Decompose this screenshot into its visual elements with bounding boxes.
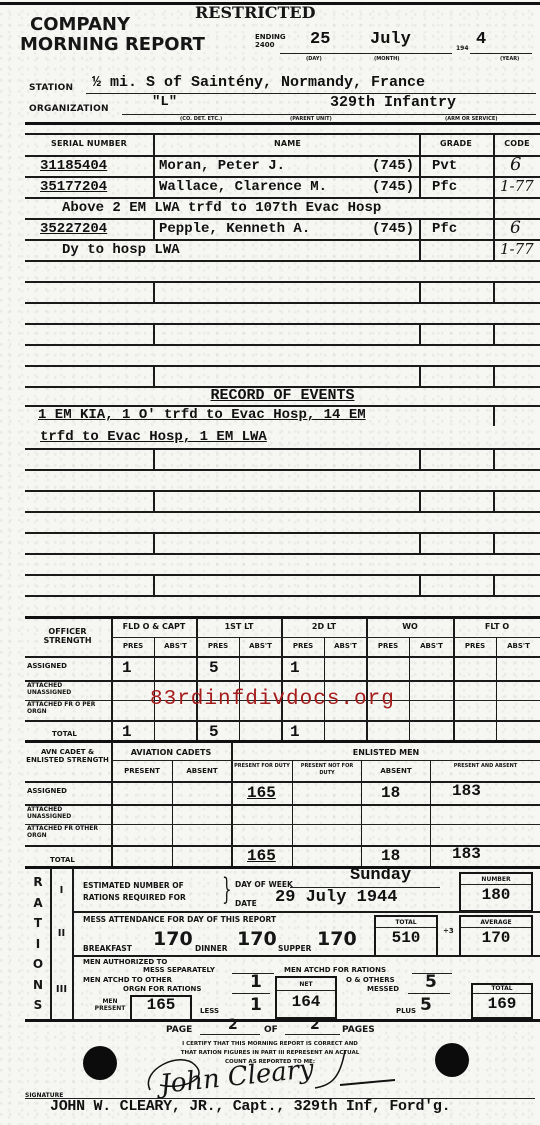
officer-strength-label: OFFICER STRENGTH [25, 627, 110, 645]
subcol-present-and-absent: PRESENT AND ABSENT [431, 763, 540, 770]
col-divider [419, 490, 421, 511]
section-roman-ii: II [51, 928, 72, 939]
row-line [25, 260, 540, 262]
row-line [277, 990, 335, 991]
row-line [461, 884, 531, 885]
men-present-label: MEN PRESENT [90, 998, 130, 1012]
col-divider [419, 281, 421, 302]
row-line [473, 993, 531, 994]
punch-hole-icon [83, 1046, 117, 1080]
table-top-line [25, 133, 540, 135]
subcol-abst: ABS'T [325, 642, 366, 650]
row-line [25, 176, 540, 178]
row-line [25, 197, 540, 199]
report-year: 4 [476, 30, 486, 49]
row-line [25, 532, 540, 534]
station-label: STATION [29, 83, 73, 93]
section-divider [25, 1019, 540, 1022]
remark-line: Dy to hosp LWA [62, 242, 180, 258]
present-for-duty-total: 165 [247, 847, 276, 865]
punch-hole-icon [435, 1043, 469, 1077]
row-line [72, 911, 540, 913]
station-value: ½ mi. S of Saintény, Normandy, France [92, 74, 425, 91]
row-line [25, 323, 540, 325]
col-divider [153, 323, 155, 344]
less-label: LESS [200, 1007, 219, 1015]
status-code: 1-77 [500, 240, 534, 258]
less-value: 1 [250, 995, 262, 1015]
rations-side-label: RATIONS [28, 872, 48, 1016]
present-and-absent-total: 183 [452, 845, 481, 863]
morning-report-page: RESTRICTED COMPANY MORNING REPORT ENDING… [0, 0, 540, 1125]
row-line [25, 218, 540, 220]
classification-label: RESTRICTED [195, 3, 315, 22]
men-atchd-other-label-2: ORGN FOR RATIONS [123, 985, 201, 993]
field-underline [408, 993, 450, 994]
subcol-pres: PRES [197, 642, 239, 650]
col-divider [153, 365, 155, 386]
remark-line: Above 2 EM LWA trfd to 107th Evac Hosp [62, 200, 381, 216]
absent-assigned: 18 [381, 784, 400, 802]
grade: Pvt [432, 158, 457, 174]
col-divider [361, 760, 362, 866]
col-divider [419, 574, 421, 595]
row-label-total: TOTAL [52, 730, 77, 738]
col-header-name: NAME [155, 139, 420, 148]
breakfast-value: 170 [153, 928, 193, 950]
total-pages: 2 [310, 1017, 320, 1033]
subcol-abst: ABS'T [497, 642, 540, 650]
row-line [25, 511, 540, 513]
row-line [25, 656, 540, 658]
row-line [111, 637, 540, 638]
net-label: NET [277, 981, 335, 988]
field-underline [232, 993, 270, 994]
year-underline [470, 53, 532, 54]
organization-parent: 329th Infantry [330, 94, 456, 111]
col-divider [153, 281, 155, 302]
col-divider [409, 637, 410, 740]
number-label: NUMBER [461, 876, 531, 883]
row-line [25, 239, 540, 241]
1st-lt-pres-assigned: 5 [209, 659, 219, 677]
supper-value: 170 [317, 928, 357, 950]
row-label-assigned: ASSIGNED [27, 662, 67, 670]
subcol-abst: ABS'T [240, 642, 281, 650]
status-code: 6 [510, 154, 521, 175]
total-label: TOTAL [376, 919, 436, 926]
col-divider [153, 574, 155, 595]
dinner-value: 170 [237, 928, 277, 950]
row-line [25, 281, 540, 283]
row-label-attached-unassigned: ATTACHED UNASSIGNED [27, 682, 107, 696]
col-divider [493, 365, 495, 386]
group-wo: WO [367, 622, 453, 631]
row-line [72, 955, 540, 957]
subcol-abst: ABS'T [155, 642, 196, 650]
present-for-duty-assigned: 165 [247, 784, 276, 802]
col-divider [419, 323, 421, 344]
of-label: OF [264, 1025, 278, 1035]
grade: Pfc [432, 221, 457, 237]
o-others-label-2: MESSED [367, 985, 399, 993]
subcol-pres: PRES [367, 642, 409, 650]
men-atchd-other-label-1: MEN ATCHD TO OTHER [83, 976, 172, 984]
col-divider [430, 760, 431, 866]
section-divider [25, 122, 540, 125]
col-divider [153, 218, 155, 239]
col-header-grade: GRADE [420, 139, 492, 148]
subcol-present-not-for-duty: PRESENT NOT FOR DUTY [293, 763, 361, 777]
organization-label: ORGANIZATION [29, 104, 109, 114]
day-of-week-value: Sunday [350, 866, 411, 885]
men-present-value: 165 [132, 996, 190, 1014]
signature-flourish-icon [140, 1040, 400, 1095]
men-authorized-label-1: MEN AUTHORIZED TO [83, 958, 167, 966]
col-divider [153, 532, 155, 553]
organization-company: "L" [152, 94, 177, 110]
group-flt-o: FLT O [454, 622, 540, 631]
subcol-pres: PRES [454, 642, 496, 650]
serial-number: 35177204 [40, 179, 107, 195]
serial-number: 31185404 [40, 158, 107, 174]
col-divider [419, 218, 421, 260]
row-label-attached-unassigned: ATTACHED UNASSIGNED [27, 806, 107, 820]
breakfast-label: BREAKFAST [83, 944, 132, 953]
2d-lt-pres-total: 1 [290, 723, 300, 741]
row-line [461, 927, 531, 928]
subcol-present: PRESENT [112, 767, 172, 775]
group-2d-lt: 2D LT [282, 622, 366, 631]
grade: Pfc [432, 179, 457, 195]
row-label-attached-fr-o-per-orgn: ATTACHED FR O PER ORGN [27, 701, 107, 715]
section-roman-i: I [51, 885, 72, 896]
form-title-line1: COMPANY [30, 14, 130, 35]
event-line-1: 1 EM KIA, 1 O' trfd to Evac Hosp, 14 EM [38, 407, 366, 423]
supper-label: SUPPER [278, 944, 311, 953]
col-divider [496, 637, 497, 740]
col-divider [172, 760, 173, 866]
average-label: AVERAGE [461, 919, 531, 926]
col-divider [493, 405, 495, 426]
record-of-events-title: RECORD OF EVENTS [25, 387, 540, 404]
row-line [25, 155, 540, 157]
o-others-value: 5 [425, 972, 437, 992]
event-line-2: trfd to Evac Hosp, 1 EM LWA [40, 429, 267, 445]
number-value: 180 [461, 886, 531, 904]
col-divider [419, 532, 421, 553]
subcol-abst: ABS'T [410, 642, 453, 650]
col-divider [493, 281, 495, 302]
group-1st-lt: 1ST LT [197, 622, 281, 631]
month-caption: (MONTH) [374, 56, 400, 62]
section-divider [25, 866, 540, 869]
row-line [25, 574, 540, 576]
estimated-rations-label: ESTIMATED NUMBER OFRATIONS REQUIRED FOR [83, 880, 186, 904]
year-caption: (YEAR) [500, 56, 519, 62]
soldier-name: Moran, Peter J. [159, 158, 285, 174]
col-divider [493, 133, 495, 260]
rations-total-value: 169 [473, 995, 531, 1013]
absent-total: 18 [381, 847, 400, 865]
dinner-label: DINNER [195, 944, 227, 953]
brace-icon: } [222, 870, 232, 910]
mos-code: (745) [372, 158, 414, 174]
date-label: DATE [235, 899, 257, 908]
col-divider [153, 448, 155, 469]
row-line [25, 302, 540, 304]
subcol-absent-em: ABSENT [362, 767, 430, 775]
report-day: 25 [310, 30, 330, 49]
form-title-line2: MORNING REPORT [20, 34, 205, 55]
mos-code: (745) [372, 221, 414, 237]
signer-name: JOHN W. CLEARY, JR., Capt., 329th Inf, F… [50, 1098, 450, 1115]
day-caption: (DAY) [306, 56, 322, 62]
men-atchd-other-value: 1 [250, 972, 262, 992]
col-header-code: CODE [494, 139, 540, 148]
status-code: 6 [510, 218, 521, 238]
organization-underline [122, 114, 536, 115]
fld-o-capt-pres-total: 1 [122, 723, 132, 741]
divide-by-three-label: ÷3 [443, 927, 454, 935]
group-aviation-cadets: AVIATION CADETS [112, 748, 230, 757]
subcol-present-for-duty: PRESENT FOR DUTY [232, 763, 292, 770]
row-line [25, 720, 540, 722]
col-divider [493, 448, 495, 469]
status-code: 1-77 [500, 177, 534, 195]
average-value: 170 [461, 929, 531, 947]
men-atchd-for-rations-label: MEN ATCHD FOR RATIONS [284, 966, 386, 974]
col-divider [493, 532, 495, 553]
report-month: July [370, 30, 411, 49]
field-underline [285, 1034, 340, 1035]
enlisted-strength-label: AVN CADET & ENLISTED STRENGTH [25, 748, 110, 764]
page-number: 2 [228, 1017, 238, 1033]
mos-code: (745) [372, 179, 414, 195]
col-divider [493, 574, 495, 595]
soldier-name: Wallace, Clarence M. [159, 179, 327, 195]
row-line [25, 344, 540, 346]
year-prefix: 194 [456, 45, 469, 52]
soldier-name: Pepple, Kenneth A. [159, 221, 310, 237]
group-enlisted-men: ENLISTED MEN [232, 748, 540, 757]
1st-lt-pres-total: 5 [209, 723, 219, 741]
date-value: 29 July 1944 [275, 888, 397, 907]
col-divider [72, 868, 74, 1019]
subcol-pres: PRES [282, 642, 324, 650]
col-divider [153, 490, 155, 511]
row-line [25, 469, 540, 471]
pages-label: PAGES [342, 1025, 375, 1035]
row-line [25, 448, 540, 450]
present-and-absent-assigned: 183 [452, 782, 481, 800]
row-line [111, 760, 540, 761]
o-others-label-1: O & OTHERS [346, 976, 395, 984]
rations-total-label: TOTAL [473, 985, 531, 992]
col-divider [493, 490, 495, 511]
row-line [25, 595, 540, 597]
serial-number: 35227204 [40, 221, 107, 237]
row-label-assigned: ASSIGNED [27, 787, 67, 795]
row-label-attached-fr-other-orgn: ATTACHED FR OTHER ORGN [27, 825, 107, 839]
plus-value: 5 [420, 995, 432, 1015]
subcol-pres: PRES [112, 642, 154, 650]
plus-label: PLUS [396, 1007, 416, 1015]
subcol-absent: ABSENT [173, 767, 231, 775]
group-fld-o-capt: FLD O & CAPT [112, 622, 196, 631]
col-header-serial: SERIAL NUMBER [25, 139, 153, 148]
col-divider [493, 323, 495, 344]
ending-label: ENDING2400 [255, 33, 286, 49]
col-divider [153, 133, 155, 197]
total-value: 510 [376, 929, 436, 947]
row-line [25, 553, 540, 555]
row-line [25, 490, 540, 492]
row-line [376, 927, 436, 928]
2d-lt-pres-assigned: 1 [290, 659, 300, 677]
net-value: 164 [277, 993, 335, 1011]
section-divider [25, 740, 540, 743]
watermark: 83rdinfdivdocs.org [150, 688, 395, 711]
row-line [25, 365, 540, 367]
page-label: PAGE [166, 1025, 192, 1035]
men-authorized-label-2: MESS SEPARATELY [143, 966, 215, 974]
col-divider [419, 365, 421, 386]
date-underline [280, 53, 452, 54]
col-divider [419, 448, 421, 469]
col-divider [419, 133, 421, 197]
fld-o-capt-pres-assigned: 1 [122, 659, 132, 677]
field-underline [200, 1034, 260, 1035]
mess-attendance-label: MESS ATTENDANCE FOR DAY OF THIS REPORT [83, 915, 276, 924]
row-label-total: TOTAL [50, 856, 75, 864]
section-roman-iii: III [51, 984, 72, 995]
